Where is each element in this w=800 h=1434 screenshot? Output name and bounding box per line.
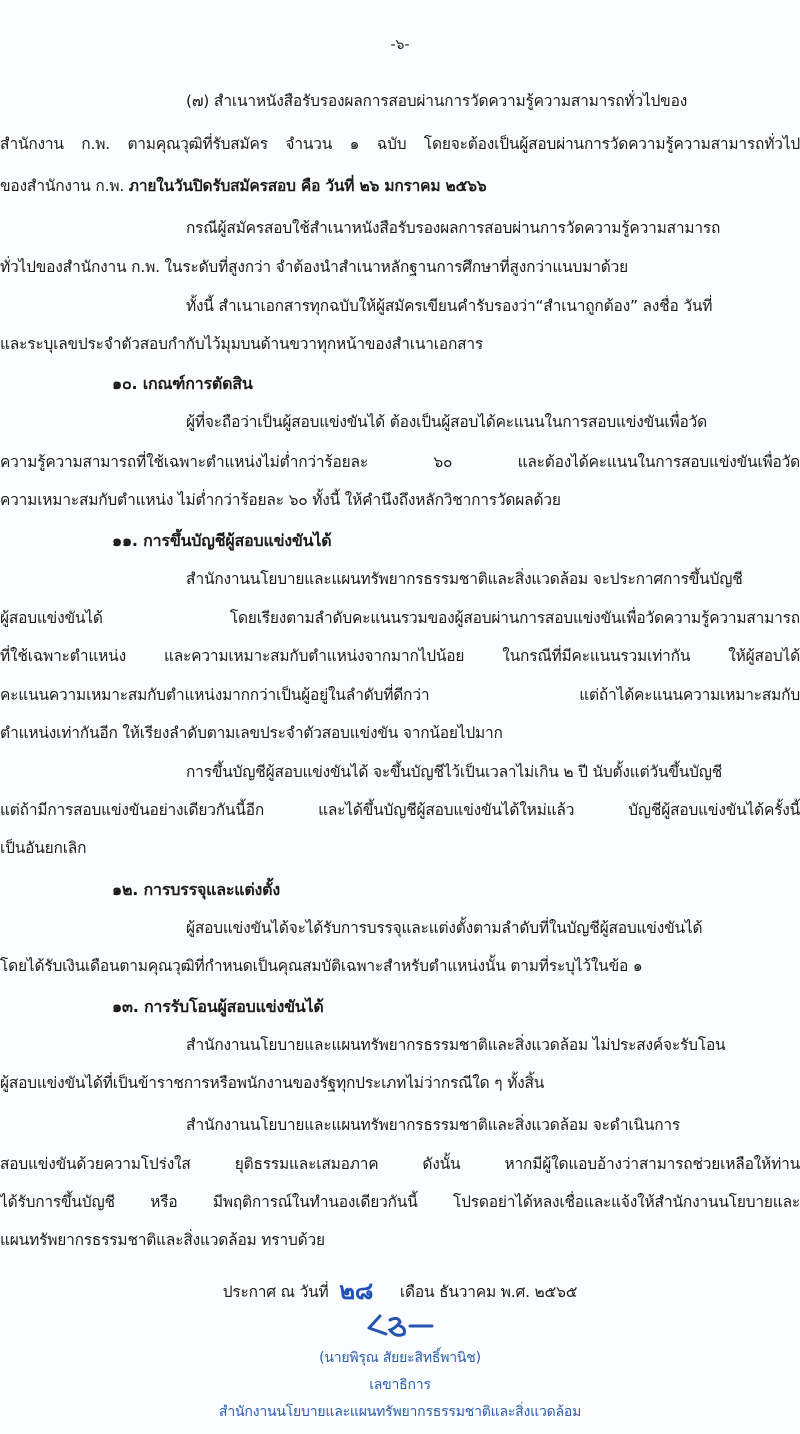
section13-line-2: ผู้สอบแข่งขันได้ที่เป็นข้าราชการหรือพนัก…	[0, 1073, 800, 1093]
item7-para2-line-1: กรณีผู้สมัครสอบใช้สำเนาหนังสือรับรองผลกา…	[186, 218, 800, 238]
section10-line-3: ความเหมาะสมกับตำแหน่ง ไม่ต่ำกว่าร้อยละ ๖…	[0, 490, 800, 510]
section11-heading: ๑๑. การขึ้นบัญชีผู้สอบแข่งขันได้	[112, 531, 800, 551]
signature-icon	[366, 1310, 436, 1348]
page-number: -๖-	[0, 34, 800, 56]
closing-line-2: สอบแข่งขันด้วยความโปร่งใส ยุติธรรมและเสม…	[0, 1154, 800, 1174]
document-page: -๖- (๗) สำเนาหนังสือรับรองผลการสอบผ่านกา…	[0, 0, 800, 1434]
section11-para2-line-1: การขึ้นบัญชีผู้สอบแข่งขันได้ จะขึ้นบัญชี…	[186, 762, 800, 782]
signatory-organization: สำนักงานนโยบายและแผนทรัพยากรธรรมชาติและส…	[0, 1402, 800, 1422]
section10-line-1: ผู้ที่จะถือว่าเป็นผู้สอบแข่งขันได้ ต้องเ…	[186, 412, 800, 432]
announcement-suffix: เดือน ธันวาคม พ.ศ. ๒๕๖๕	[400, 1283, 577, 1301]
item7-para3-line-1: ทั้งนี้ สำเนาเอกสารทุกฉบับให้ผู้สมัครเขี…	[186, 296, 800, 316]
section11-para2-line-3: เป็นอันยกเลิก	[0, 838, 800, 858]
section12-line-2: โดยได้รับเงินเดือนตามคุณวุฒิที่กำหนดเป็น…	[0, 956, 800, 976]
section12-heading: ๑๒. การบรรจุและแต่งตั้ง	[112, 880, 800, 900]
section11-para1-line-1: สำนักงานนโยบายและแผนทรัพยากรธรรมชาติและส…	[186, 569, 800, 589]
section13-heading: ๑๓. การรับโอนผู้สอบแข่งขันได้	[112, 997, 800, 1017]
application-deadline: ภายในวันปิดรับสมัครสอบ คือ วันที่ ๒๖ มกร…	[129, 177, 487, 195]
closing-line-3: ได้รับการขึ้นบัญชี หรือ มีพฤติการณ์ในทำน…	[0, 1192, 800, 1212]
item7-line-2: สำนักงาน ก.พ. ตามคุณวุฒิที่รับสมัคร จำนว…	[0, 134, 800, 154]
signatory-name: (นายพิรุณ สัยยะสิทธิ์พานิช)	[0, 1348, 800, 1368]
announcement-day: ๒๘	[339, 1277, 373, 1305]
section11-para2-line-2: แต่ถ้ามีการสอบแข่งขันอย่างเดียวกันนี้อีก…	[0, 800, 800, 820]
section11-para1-line-4: คะแนนความเหมาะสมกับตำแหน่งมากกว่าเป็นผู้…	[0, 685, 800, 705]
announcement-prefix: ประกาศ ณ วันที่	[223, 1283, 329, 1301]
item7-line-1: (๗) สำเนาหนังสือรับรองผลการสอบผ่านการวัด…	[186, 91, 800, 111]
closing-line-1: สำนักงานนโยบายและแผนทรัพยากรธรรมชาติและส…	[186, 1115, 800, 1135]
section13-line-1: สำนักงานนโยบายและแผนทรัพยากรธรรมชาติและส…	[186, 1035, 800, 1055]
section10-line-2: ความรู้ความสามารถที่ใช้เฉพาะตำแหน่งไม่ต่…	[0, 452, 800, 472]
item7-line-3-prefix: ของสำนักงาน ก.พ.	[0, 177, 129, 195]
signatory-title: เลขาธิการ	[0, 1375, 800, 1395]
section11-para1-line-5: ตำแหน่งเท่ากันอีก ให้เรียงลำดับตามเลขประ…	[0, 723, 800, 743]
item7-line-3: ของสำนักงาน ก.พ. ภายในวันปิดรับสมัครสอบ …	[0, 176, 800, 196]
section12-line-1: ผู้สอบแข่งขันได้จะได้รับการบรรจุและแต่งต…	[186, 918, 800, 938]
section11-para1-line-3: ที่ใช้เฉพาะตำแหน่ง และความเหมาะสมกับตำแห…	[0, 646, 800, 666]
item7-para3-line-2: และระบุเลขประจำตัวสอบกำกับไว้มุมบนด้านขว…	[0, 334, 800, 354]
section11-para1-line-2: ผู้สอบแข่งขันได้ โดยเรียงตามลำดับคะแนนรว…	[0, 608, 800, 628]
section10-heading: ๑๐. เกณฑ์การตัดสิน	[112, 374, 800, 394]
closing-line-4: แผนทรัพยากรธรรมชาติและสิ่งแวดล้อม ทราบด้…	[0, 1230, 800, 1250]
item7-para2-line-2: ทั่วไปของสำนักงาน ก.พ. ในระดับที่สูงกว่า…	[0, 257, 800, 277]
announcement-date: ประกาศ ณ วันที่ ๒๘ เดือน ธันวาคม พ.ศ. ๒๕…	[0, 1278, 800, 1305]
